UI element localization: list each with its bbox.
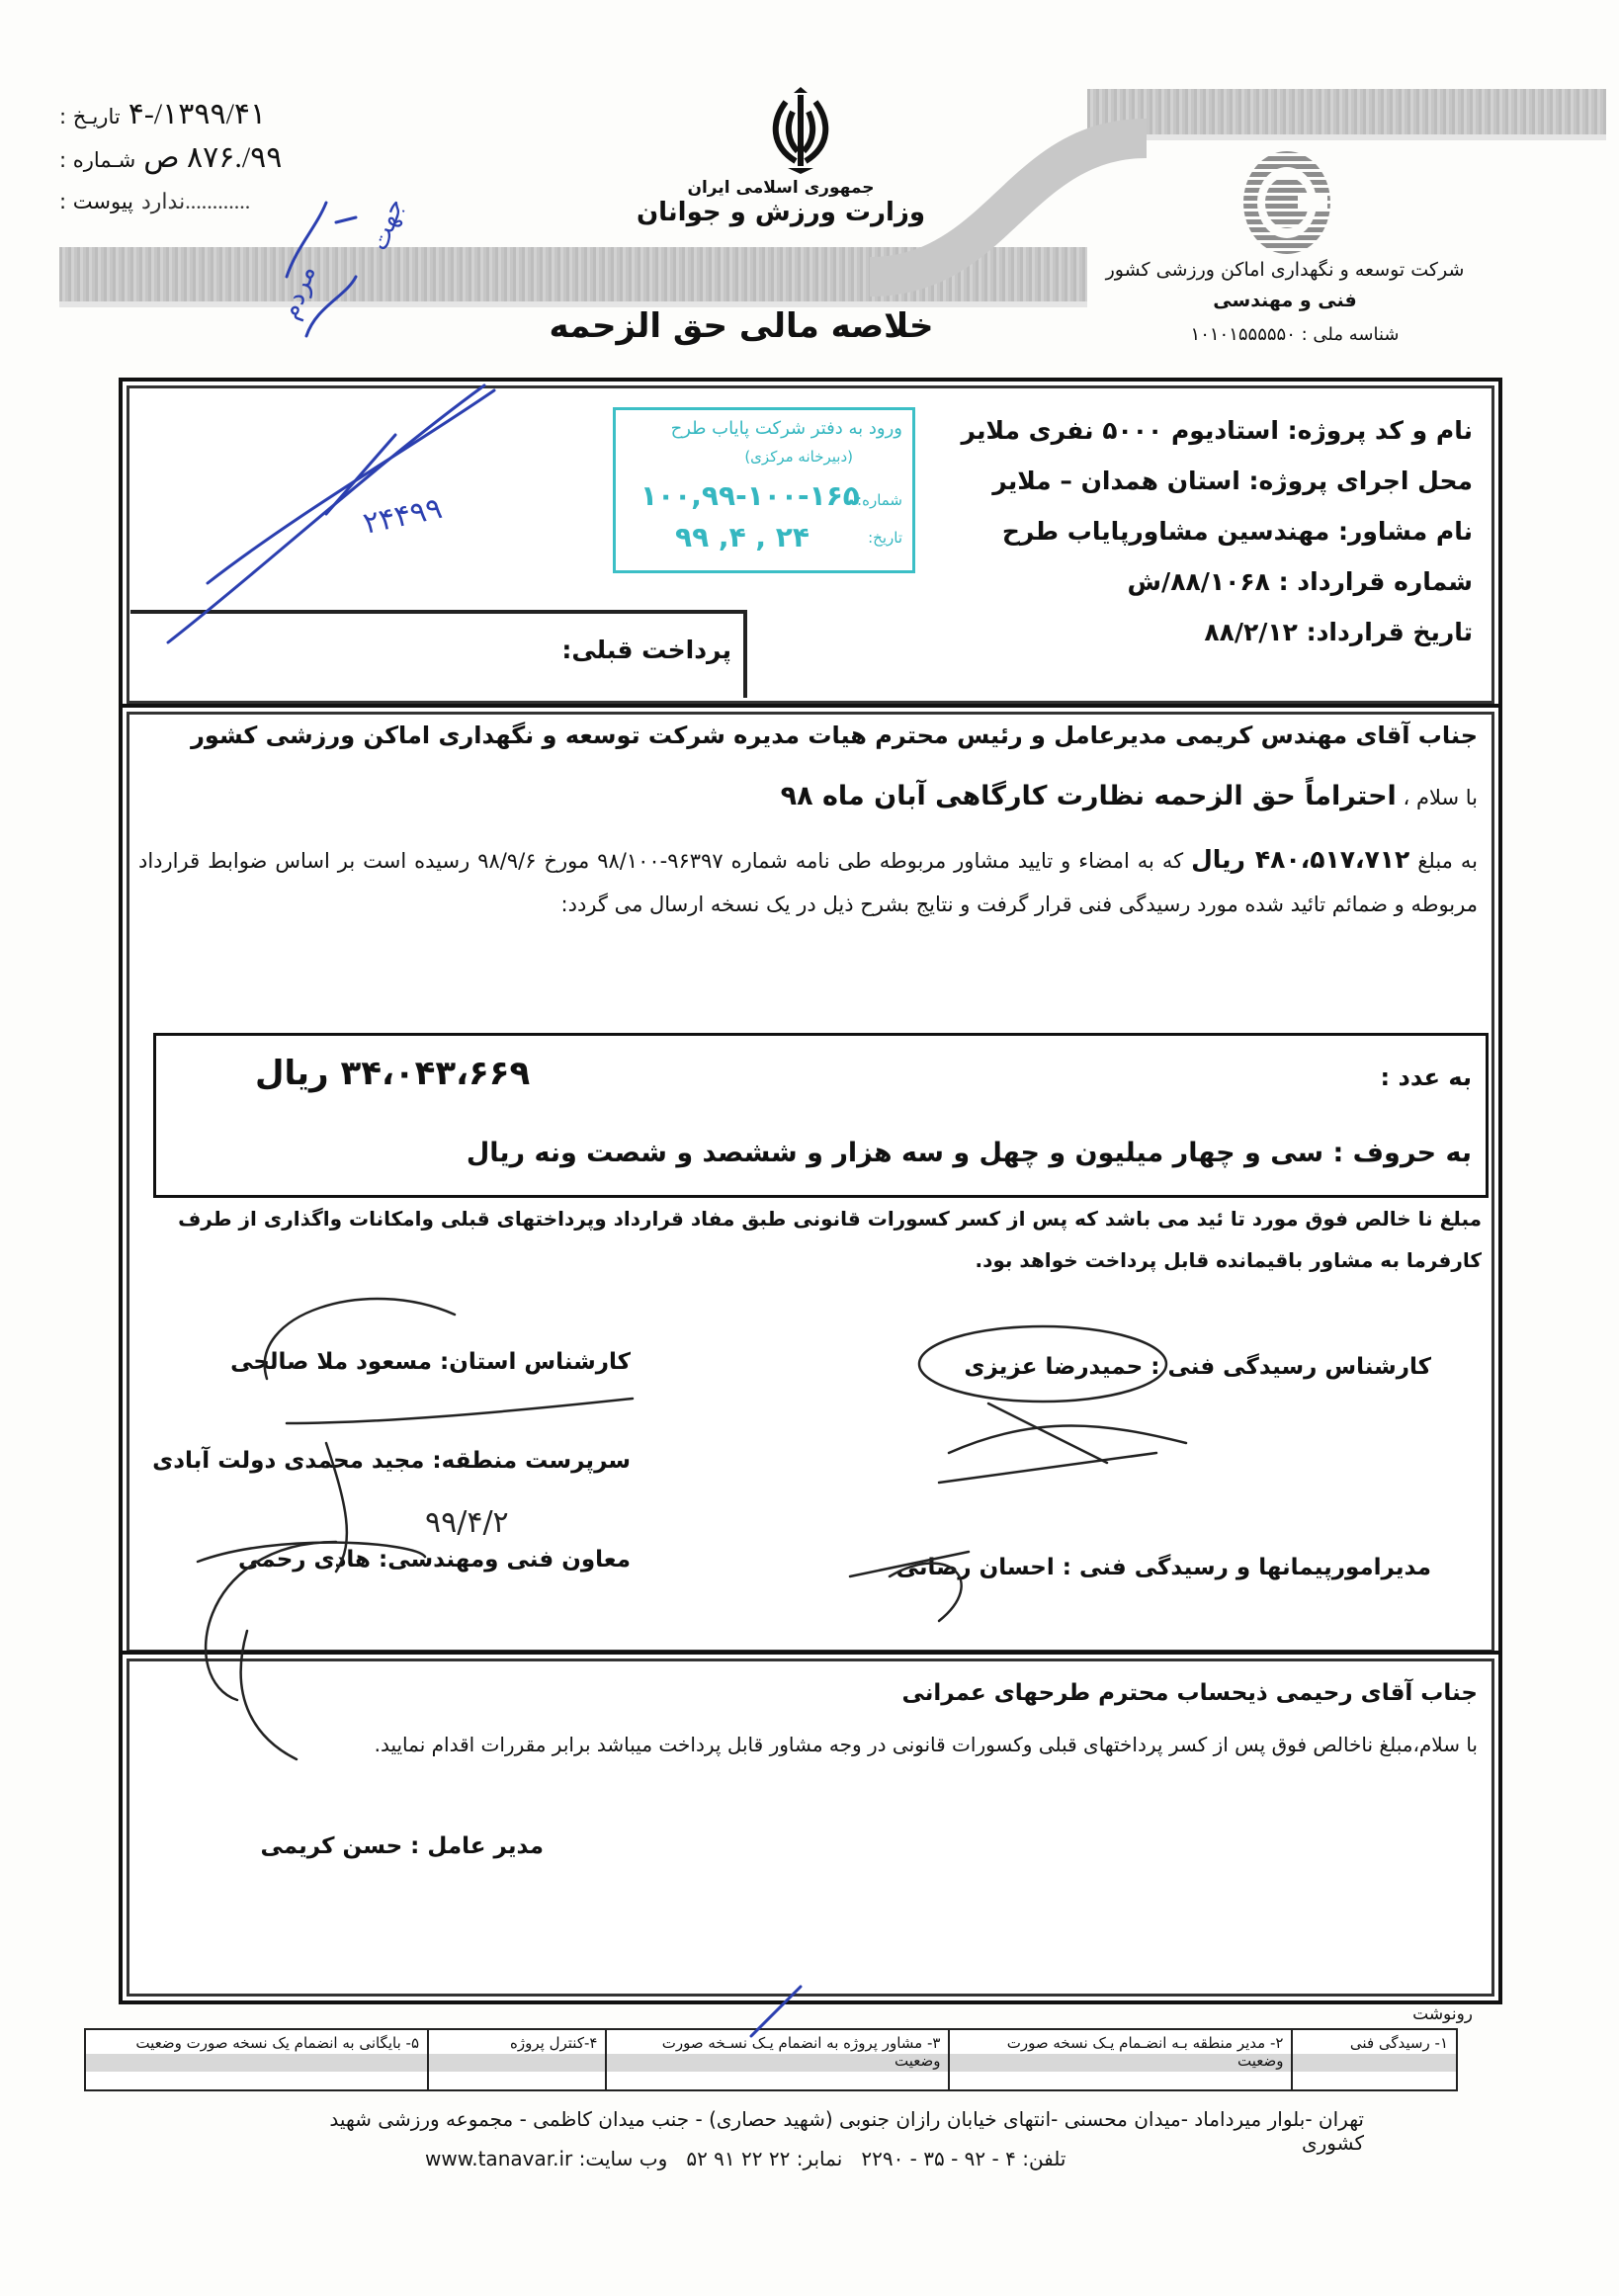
letter-addressee: جناب آقای مهندس کریمی مدیرعامل و رئیس مح… xyxy=(138,722,1478,749)
signatory-technical-reviewer: کارشناس رسیدگی فنی : حمیدرضا عزیزی xyxy=(964,1354,1431,1380)
letter-meta: تاریـخ : ۱۳۹۹/۴۱/-۴ شـماره : ۹۹/.۸۷۶ ص پ… xyxy=(59,94,395,222)
amount-words-box: به حروف : سی و چهار میلیون و چهل و سه هز… xyxy=(153,1116,1489,1198)
header-band-right xyxy=(1087,89,1606,140)
republic-label: جمهوری اسلامی ایران xyxy=(642,178,919,198)
payment-order-body: با سلام،مبلغ ناخالص فوق پس از کسر پرداخت… xyxy=(138,1725,1478,1764)
payment-order-addressee: جناب آقای رحیمی ذیحساب محترم طرحهای عمرا… xyxy=(138,1680,1478,1706)
letter-subject: احتراماً حق الزحمه نظارت کارگاهی آبان ما… xyxy=(781,781,1397,811)
amount-digits-value: ۳۴،۰۴۳،۶۶۹ ریال xyxy=(255,1054,530,1093)
signatory-role: کارشناس رسیدگی فنی : xyxy=(1150,1354,1431,1380)
row-label: نام مشاور: xyxy=(1338,517,1473,546)
distribution-item: ۱- رسیدگی فنی xyxy=(1292,2029,1457,2090)
stamp-number-label: شماره: xyxy=(857,491,902,509)
number-value: ۹۹/.۸۷۶ ص xyxy=(143,137,282,179)
meta-attachment-row: پیوست : ............ندارد xyxy=(59,181,395,222)
signatory-role: معاون فنی ومهندسی: xyxy=(379,1547,631,1573)
signatory-role: کارشناس استان: xyxy=(440,1349,631,1375)
project-row-name: نام و کد پروژه: استادیوم ۵۰۰۰ نفری ملایر xyxy=(988,405,1473,456)
row-label: شماره قرارداد : xyxy=(1279,567,1473,596)
date-label: تاریـخ : xyxy=(59,96,121,137)
distribution-item: ۳- مشاور پروژه به انضمام یـک نسـخه صورت … xyxy=(606,2029,949,2090)
amount-words-line: به حروف : سی و چهار میلیون و چهل و سه هز… xyxy=(467,1138,1472,1168)
signatory-region-supervisor: سرپرست منطقه: مجید محمدی دولت آبادی xyxy=(152,1448,631,1474)
signatory-name: هادی رحمی xyxy=(238,1547,371,1573)
attachment-label: پیوست : xyxy=(59,181,133,222)
footer-phone: تلفن: ۴ - ۹۲ - ۳۵ - ۲۲۹۰ xyxy=(861,2147,1065,2170)
footer-contact: تلفن: ۴ - ۹۲ - ۳۵ - ۲۲۹۰ نمابر: ۲۲ ۲۲ ۹۱… xyxy=(425,2147,1236,2170)
project-row-consultant: نام مشاور: مهندسین مشاورپایاب طرح xyxy=(988,506,1473,556)
signatory-name: حمیدرضا عزیزی xyxy=(964,1354,1143,1380)
signatory-name: احسان رضائی xyxy=(896,1555,1055,1580)
distribution-item: ۵- بایگانی به انضمام یک نسخه صورت وضعیت xyxy=(85,2029,428,2090)
number-label: شـماره : xyxy=(59,139,135,181)
distribution-table: ۱- رسیدگی فنی ۲- مدیر منطقه بـه انضـمام … xyxy=(84,2028,1458,2091)
row-value: ۸۸/۱۰۶۸/ش xyxy=(1128,567,1270,596)
net-amount-note: مبلغ نا خالص فوق مورد تا ئید می باشد که … xyxy=(132,1198,1482,1281)
gross-amount: ۴۸۰،۵۱۷،۷۱۲ ریال xyxy=(1191,845,1409,874)
distribution-item: ۴-کنترل پروژه xyxy=(428,2029,606,2090)
footer-website-label: وب سایت: xyxy=(579,2147,668,2170)
stamp-line1: ورود به دفتر شرکت پایاب طرح xyxy=(671,418,902,439)
row-label: تاریخ قرارداد: xyxy=(1307,618,1473,646)
distribution-label: رونوشت xyxy=(1285,2004,1473,2024)
company-department: فنی و مهندسی xyxy=(1166,290,1404,311)
row-label: محل اجرای پروژه: xyxy=(1249,467,1473,495)
project-row-contract-number: شماره قرارداد : ۸۸/۱۰۶۸/ش xyxy=(988,556,1473,607)
signatory-role: سرپرست منطقه: xyxy=(432,1448,631,1474)
amount-digits-label: به عدد : xyxy=(1381,1063,1472,1091)
amount-digits-box: به عدد : ۳۴،۰۴۳،۶۶۹ ریال xyxy=(153,1033,1489,1122)
project-row-location: محل اجرای پروژه: استان همدان – ملایر xyxy=(988,456,1473,506)
company-national-id: شناسه ملی : ۱۰۱۰۱۵۵۵۵۵۰ xyxy=(1147,324,1443,345)
row-value: استادیوم ۵۰۰۰ نفری ملایر xyxy=(962,416,1279,445)
project-info: نام و کد پروژه: استادیوم ۵۰۰۰ نفری ملایر… xyxy=(988,405,1473,657)
signatory-name: مجید محمدی دولت آبادی xyxy=(152,1448,424,1474)
amount-words-label: به حروف : xyxy=(1332,1138,1472,1168)
document-title: خلاصه مالی حق الزحمه xyxy=(514,306,969,346)
footer-fax: نمابر: ۲۲ ۲۲ ۹۱ ۵۲ xyxy=(686,2147,842,2170)
para-prefix: به مبلغ xyxy=(1417,849,1478,873)
stamp-number-value: ۱۰۰,۹۹-۱۰۰-۱۶۵ xyxy=(640,479,860,512)
row-value: مهندسین مشاورپایاب طرح xyxy=(1002,517,1329,546)
distribution-row: ۱- رسیدگی فنی ۲- مدیر منطقه بـه انضـمام … xyxy=(85,2029,1457,2090)
date-value: ۱۳۹۹/۴۱/-۴ xyxy=(128,94,266,135)
distribution-item: ۲- مدیر منطقه بـه انضـمام یـک نسخه صورت … xyxy=(949,2029,1292,2090)
amount-words-value: سی و چهار میلیون و چهل و سه هزار و ششصد … xyxy=(467,1138,1323,1168)
iran-emblem-icon xyxy=(766,87,835,176)
signatory-province-expert: کارشناس استان: مسعود ملا صالحی xyxy=(230,1349,631,1375)
previous-payment-box: پرداخت قبلی: xyxy=(130,610,747,698)
stamp-date-value: ۹۹ ,۴ , ۲۴ xyxy=(675,521,809,553)
stamp-line2: (دبیرخانه مرکزی) xyxy=(744,448,853,466)
footer-website[interactable]: www.tanavar.ir xyxy=(425,2147,572,2170)
ceo-signature-line: مدیر عامل : حسن کریمی xyxy=(148,1833,544,1859)
meta-number-row: شـماره : ۹۹/.۸۷۶ ص xyxy=(59,137,395,181)
signatory-contracts-manager: مدیرامورپیمانها و رسیدگی فنی : احسان رضا… xyxy=(896,1555,1431,1580)
meta-date-row: تاریـخ : ۱۳۹۹/۴۱/-۴ xyxy=(59,94,395,137)
company-logo-icon xyxy=(1240,148,1334,257)
greeting: با سلام ، xyxy=(1404,786,1479,809)
signatory-name: مسعود ملا صالحی xyxy=(230,1349,432,1375)
stamp-date-label: تاریخ: xyxy=(868,529,902,547)
row-value: ۸۸/۲/۱۲ xyxy=(1204,618,1298,646)
attachment-value: ............ندارد xyxy=(141,181,250,222)
signatory-role: مدیرامورپیمانها و رسیدگی فنی : xyxy=(1063,1555,1431,1580)
row-value: استان همدان – ملایر xyxy=(992,467,1240,495)
letter-paragraph: به مبلغ ۴۸۰،۵۱۷،۷۱۲ ریال که به امضاء و ت… xyxy=(138,838,1478,926)
signatory-technical-deputy: معاون فنی ومهندسی: هادی رحمی xyxy=(238,1547,631,1573)
project-row-contract-date: تاریخ قرارداد: ۸۸/۲/۱۲ xyxy=(988,607,1473,657)
receipt-stamp: ورود به دفتر شرکت پایاب طرح (دبیرخانه مر… xyxy=(613,407,915,573)
previous-payment-label: پرداخت قبلی: xyxy=(561,636,731,664)
ministry-name: وزارت ورزش و جوانان xyxy=(633,198,929,227)
letter-greeting-line: با سلام ، احتراماً حق الزحمه نظارت کارگا… xyxy=(138,781,1478,811)
company-name: شرکت توسعه و نگهداری اماکن ورزشی کشور xyxy=(1087,259,1483,281)
row-label: نام و کد پروژه: xyxy=(1288,416,1473,445)
